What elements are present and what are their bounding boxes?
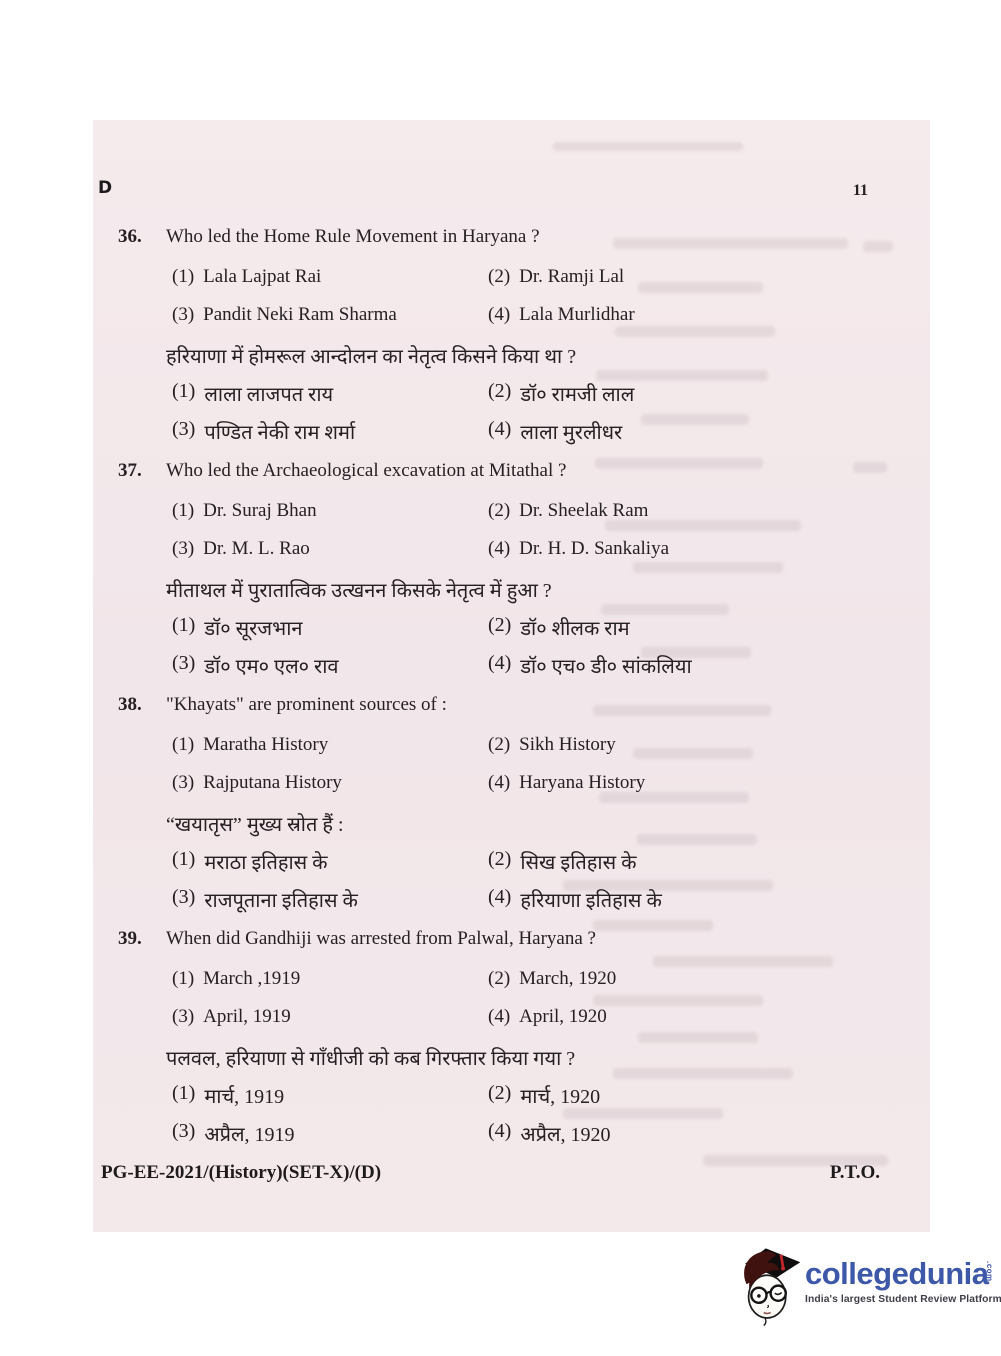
options-hindi: (1)डॉ० सूरजभान (2)डॉ० शीलक राम (3)डॉ० एम… [172,614,910,690]
option-text: डॉ० एम० एल० राव [204,652,338,679]
option: (3)राजपूताना इतिहास के [172,886,488,924]
option: (2)डॉ० शीलक राम [488,614,692,652]
option: (3)डॉ० एम० एल० राव [172,652,488,690]
option-text: Sikh History [519,734,616,756]
option: (4)लाला मुरलीधर [488,418,634,456]
option-text: Rajputana History [203,772,342,794]
option: (3)April, 1919 [172,1006,488,1044]
option: (4)April, 1920 [488,1006,616,1044]
option-label: (4) [488,304,510,326]
question-text-hindi: पलवल, हरियाणा से गाँधीजी को कब गिरफ्तार … [166,1044,910,1068]
question-text-hindi: मीताथल में पुरातात्विक उत्खनन किसके नेतृ… [166,576,910,600]
option: (4)Lala Murlidhar [488,304,635,342]
option: (4)हरियाणा इतिहास के [488,886,662,924]
question-text-english: "Khayats" are prominent sources of : [166,694,447,716]
option-text: April, 1919 [203,1006,291,1028]
logo-tagline: India's largest Student Review Platform [805,1294,1001,1305]
option: (1)डॉ० सूरजभान [172,614,488,652]
option-text: डॉ० एच० डी० सांकलिया [520,652,691,679]
option-text: मराठा इतिहास के [204,848,327,875]
option: (1)मार्च, 1919 [172,1082,488,1120]
option-label: (1) [172,1082,195,1105]
option-label: (4) [488,652,511,675]
option-label: (1) [172,266,194,288]
option: (3)Rajputana History [172,772,488,810]
option-text: हरियाणा इतिहास के [520,886,661,913]
question-block: 36. Who led the Home Rule Movement in Ha… [118,226,910,456]
option-label: (3) [172,304,194,326]
option-label: (1) [172,968,194,990]
collegedunia-logo: collegedunia .com India's largest Studen… [741,1244,999,1348]
option: (2)Dr. Ramji Lal [488,266,635,304]
question-block: 39. When did Gandhiji was arrested from … [118,928,910,1158]
options-hindi: (1)लाला लाजपत राय (2)डॉ० रामजी लाल (3)पण… [172,380,910,456]
option-text: मार्च, 1919 [204,1082,284,1109]
option-text: Pandit Neki Ram Sharma [203,304,397,326]
bleed-through-artifact [553,142,743,151]
option: (2)Dr. Sheelak Ram [488,500,669,538]
option-text: डॉ० सूरजभान [204,614,302,641]
collegedunia-mascot-icon [741,1244,803,1330]
option-text: Dr. M. L. Rao [203,538,310,560]
option-text: Dr. H. D. Sankaliya [519,538,669,560]
question-number: 39. [118,928,166,950]
footer-paper-code: PG-EE-2021/(History)(SET-X)/(D) [101,1162,381,1184]
option: (1)March ,1919 [172,968,488,1006]
options-hindi: (1)मार्च, 1919 (2)मार्च, 1920 (3)अप्रैल,… [172,1082,910,1158]
option-text: सिख इतिहास के [520,848,636,875]
question-text-hindi: हरियाणा में होमरूल आन्दोलन का नेतृत्व कि… [166,342,910,366]
option-text: लाला मुरलीधर [520,418,622,445]
option: (3)अप्रैल, 1919 [172,1120,488,1158]
question-number: 38. [118,694,166,716]
option: (4)डॉ० एच० डी० सांकलिया [488,652,692,690]
set-code-label: D [98,178,112,198]
option-text: अप्रैल, 1920 [520,1120,610,1147]
options-english: (1)Lala Lajpat Rai (2)Dr. Ramji Lal (3)P… [172,266,910,342]
option-label: (2) [488,614,511,637]
question-number: 37. [118,460,166,482]
option: (1)Dr. Suraj Bhan [172,500,488,538]
option-label: (3) [172,1006,194,1028]
option-label: (3) [172,886,195,909]
logo-domain-suffix: .com [985,1261,994,1282]
options-english: (1)Dr. Suraj Bhan (2)Dr. Sheelak Ram (3)… [172,500,910,576]
logo-wordmark: collegedunia [805,1258,1001,1289]
page-number: 11 [853,182,868,200]
question-block: 37. Who led the Archaeological excavatio… [118,460,910,690]
option-text: Lala Lajpat Rai [203,266,321,288]
option-text: Dr. Sheelak Ram [519,500,648,522]
question-text-english: Who led the Home Rule Movement in Haryan… [166,226,540,248]
option-label: (1) [172,614,195,637]
option-text: March ,1919 [203,968,300,990]
option-label: (2) [488,500,510,522]
logo-text-block: collegedunia .com India's largest Studen… [805,1258,1001,1305]
option-text: पण्डित नेकी राम शर्मा [204,418,355,445]
option: (1)लाला लाजपत राय [172,380,488,418]
footer-pto: P.T.O. [830,1162,880,1184]
option-text: डॉ० रामजी लाल [520,380,634,407]
option-label: (3) [172,772,194,794]
page-footer: PG-EE-2021/(History)(SET-X)/(D) P.T.O. [101,1162,880,1184]
option: (1)Lala Lajpat Rai [172,266,488,304]
question-text-english: Who led the Archaeological excavation at… [166,460,566,482]
option: (2)सिख इतिहास के [488,848,662,886]
option-text: Haryana History [519,772,645,794]
question-text-english: When did Gandhiji was arrested from Palw… [166,928,596,950]
option: (2)March, 1920 [488,968,616,1006]
option-text: Lala Murlidhar [519,304,635,326]
option-label: (4) [488,886,511,909]
option: (2)Sikh History [488,734,645,772]
questions-area: 36. Who led the Home Rule Movement in Ha… [118,226,910,1162]
option-label: (1) [172,500,194,522]
option: (3)पण्डित नेकी राम शर्मा [172,418,488,456]
option-text: लाला लाजपत राय [204,380,333,407]
option-label: (3) [172,538,194,560]
option: (2)डॉ० रामजी लाल [488,380,634,418]
question-number: 36. [118,226,166,248]
option-label: (1) [172,848,195,871]
option-text: अप्रैल, 1919 [204,1120,294,1147]
option-label: (2) [488,266,510,288]
option-label: (4) [488,418,511,441]
options-english: (1)March ,1919 (2)March, 1920 (3)April, … [172,968,910,1044]
option-label: (2) [488,380,511,403]
options-english: (1)Maratha History (2)Sikh History (3)Ra… [172,734,910,810]
option: (4)Haryana History [488,772,645,810]
option-label: (1) [172,734,194,756]
option: (2)मार्च, 1920 [488,1082,611,1120]
option-label: (4) [488,1120,511,1143]
question-text-hindi: “खयातृस” मुख्य स्रोत हैं : [166,810,910,834]
option-label: (4) [488,772,510,794]
option-label: (1) [172,380,195,403]
options-hindi: (1)मराठा इतिहास के (2)सिख इतिहास के (3)र… [172,848,910,924]
option-label: (2) [488,848,511,871]
option: (3)Pandit Neki Ram Sharma [172,304,488,342]
exam-paper-page: D 11 36. Who led the Home Rule Movement … [93,120,930,1232]
option-text: Dr. Ramji Lal [519,266,624,288]
option-label: (3) [172,652,195,675]
option-text: March, 1920 [519,968,616,990]
option-text: Maratha History [203,734,328,756]
option-label: (2) [488,1082,511,1105]
option-text: April, 1920 [519,1006,607,1028]
option-label: (4) [488,1006,510,1028]
option-text: राजपूताना इतिहास के [204,886,358,913]
option-text: डॉ० शीलक राम [520,614,629,641]
option: (4)अप्रैल, 1920 [488,1120,611,1158]
option: (1)मराठा इतिहास के [172,848,488,886]
option-text: मार्च, 1920 [520,1082,600,1109]
option: (4)Dr. H. D. Sankaliya [488,538,669,576]
option: (3)Dr. M. L. Rao [172,538,488,576]
option: (1)Maratha History [172,734,488,772]
option-text: Dr. Suraj Bhan [203,500,316,522]
option-label: (3) [172,1120,195,1143]
option-label: (4) [488,538,510,560]
option-label: (2) [488,734,510,756]
option-label: (2) [488,968,510,990]
question-block: 38. "Khayats" are prominent sources of :… [118,694,910,924]
option-label: (3) [172,418,195,441]
